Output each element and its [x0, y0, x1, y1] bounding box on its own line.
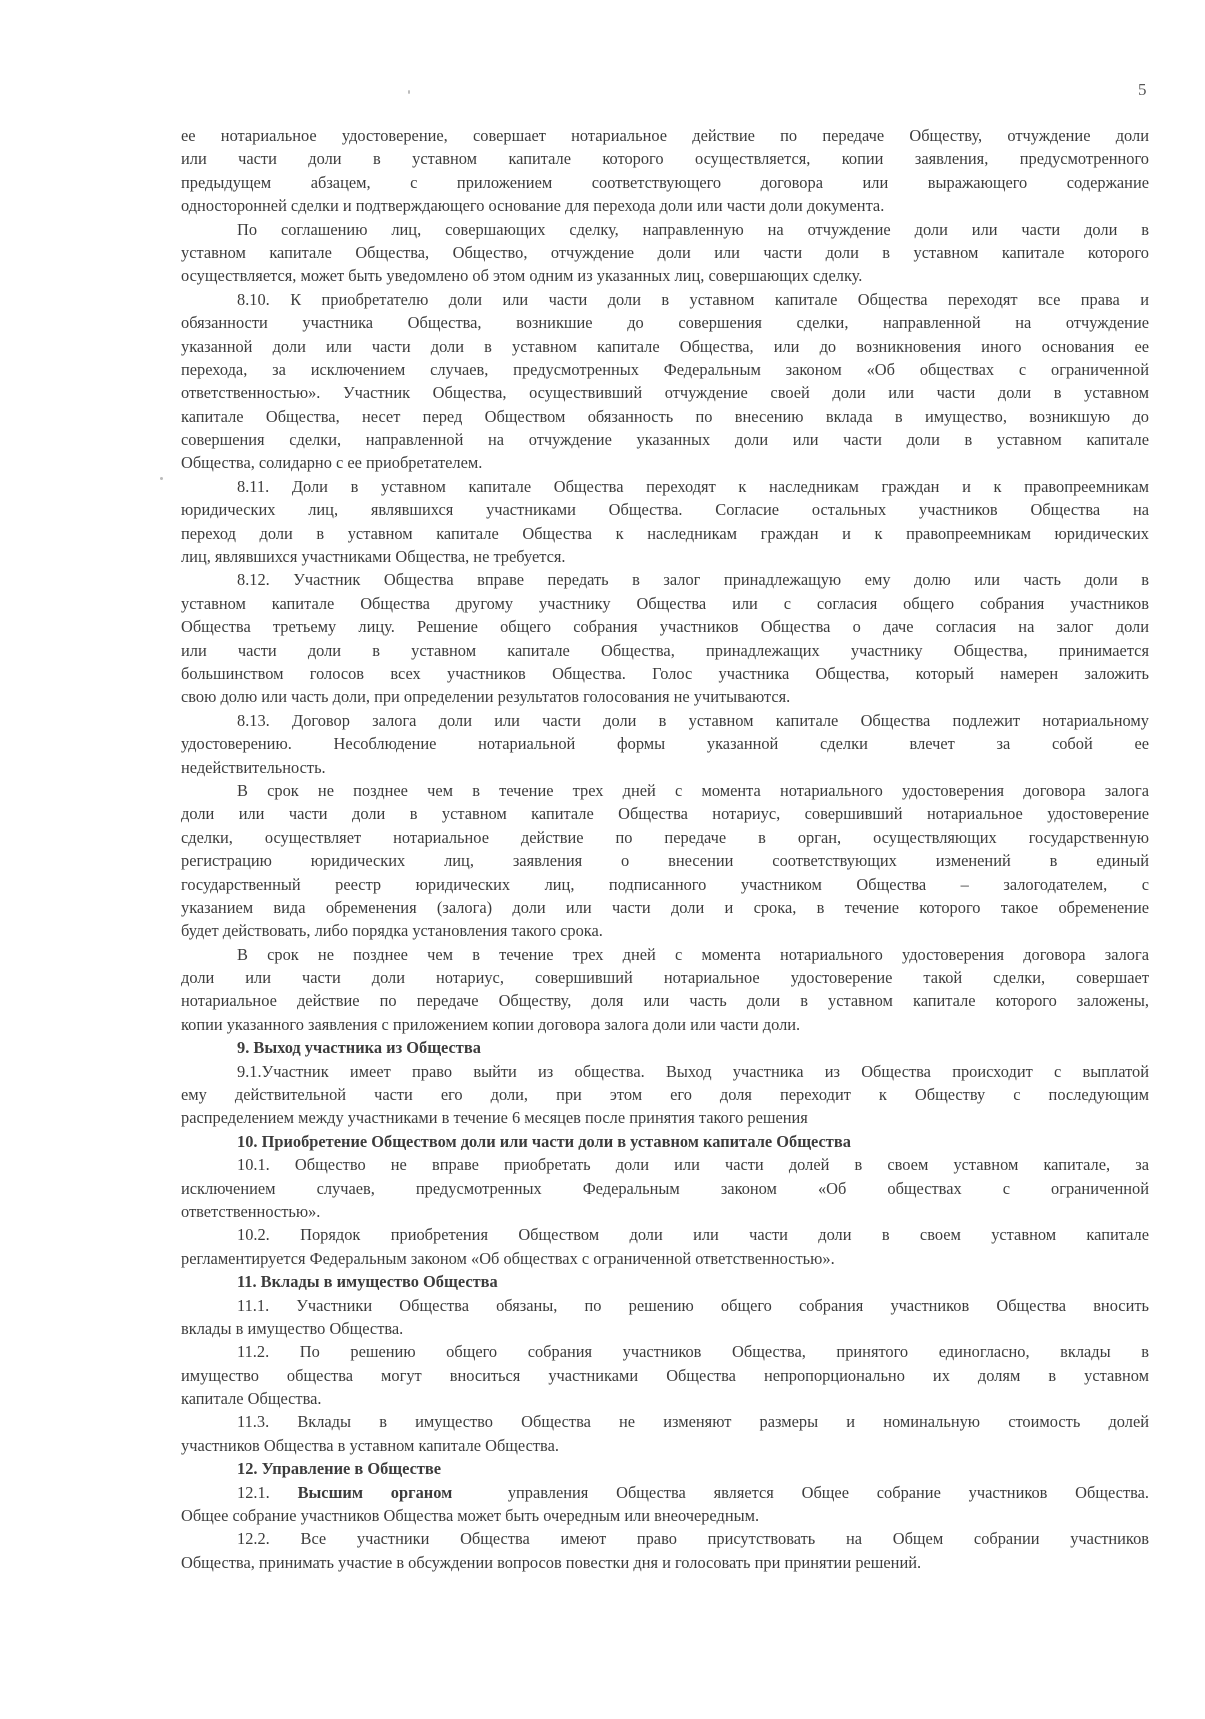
paragraph-line: совершения сделки, направленной на отчуж… [181, 428, 1149, 451]
paragraph-line: имущество общества могут вноситься участ… [181, 1364, 1149, 1387]
paragraph-line: удостоверению. Несоблюдение нотариальной… [181, 732, 1149, 755]
paragraph-line: государственный реестр юридических лиц, … [181, 873, 1149, 896]
paragraph-line: будет действовать, либо порядка установл… [181, 919, 1149, 942]
paragraph-line: большинством голосов всех участников Общ… [181, 662, 1149, 685]
paragraph-line: регламентируется Федеральным законом «Об… [181, 1247, 1149, 1270]
clause-number: 12.1. [237, 1483, 298, 1502]
paragraph-line: юридических лиц, являвшихся участниками … [181, 498, 1149, 521]
bold-term: Высшим органом [298, 1483, 453, 1502]
paragraph-line: Общее собрание участников Общества может… [181, 1504, 1149, 1527]
paragraph-line: регистрацию юридических лиц, заявления о… [181, 849, 1149, 872]
document-body: ее нотариальное удостоверение, совершает… [181, 124, 1149, 1574]
paragraph: 9.1.Участник имеет право выйти из общест… [181, 1060, 1149, 1130]
paragraph: По соглашению лиц, совершающих сделку, н… [181, 218, 1149, 288]
paragraph-line: доли или части доли нотариус, совершивши… [181, 966, 1149, 989]
paragraph: 11.3. Вклады в имущество Общества не изм… [181, 1410, 1149, 1457]
paragraph: 11.1. Участники Общества обязаны, по реш… [181, 1294, 1149, 1341]
paragraph: В срок не позднее чем в течение трех дне… [181, 943, 1149, 1037]
paragraph-line: перехода, за исключением случаев, предус… [181, 358, 1149, 381]
paragraph-line: ответственностью». [181, 1200, 1149, 1223]
paragraph-line: 12.2. Все участники Общества имеют право… [181, 1527, 1149, 1550]
paragraph-line: недействительность. [181, 756, 1149, 779]
paragraph-line: переход доли в уставном капитале Обществ… [181, 522, 1149, 545]
paragraph-line: Общества третьему лицу. Решение общего с… [181, 615, 1149, 638]
paragraph: 12.2. Все участники Общества имеют право… [181, 1527, 1149, 1574]
paragraph: 10.1. Общество не вправе приобретать дол… [181, 1153, 1149, 1223]
paragraph-line: вклады в имущество Общества. [181, 1317, 1149, 1340]
paragraph-line: 8.12. Участник Общества вправе передать … [181, 568, 1149, 591]
paragraph-line: капитале Общества. [181, 1387, 1149, 1410]
paragraph-line: обязанности участника Общества, возникши… [181, 311, 1149, 334]
paragraph-line: Общества, принимать участие в обсуждении… [181, 1551, 1149, 1574]
paragraph-line: 11.1. Участники Общества обязаны, по реш… [181, 1294, 1149, 1317]
paragraph-line: 9.1.Участник имеет право выйти из общест… [181, 1060, 1149, 1083]
paragraph-line: 8.11. Доли в уставном капитале Общества … [181, 475, 1149, 498]
section-heading: 9. Выход участника из Общества [181, 1036, 1149, 1059]
paragraph: 8.13. Договор залога доли или части доли… [181, 709, 1149, 779]
paragraph-line: Общества, солидарно с ее приобретателем. [181, 451, 1149, 474]
paragraph-line: копии указанного заявления с приложением… [181, 1013, 1149, 1036]
paragraph-line: исключением случаев, предусмотренных Фед… [181, 1177, 1149, 1200]
section-heading: 11. Вклады в имущество Общества [181, 1270, 1149, 1293]
paragraph-line: 10.1. Общество не вправе приобретать дол… [181, 1153, 1149, 1176]
paragraph-line: нотариальное действие по передаче Общест… [181, 989, 1149, 1012]
paragraph: ее нотариальное удостоверение, совершает… [181, 124, 1149, 218]
page-number: 5 [1138, 80, 1147, 100]
paragraph-line: 8.13. Договор залога доли или части доли… [181, 709, 1149, 732]
paragraph: 12.1. Высшим органом управления Общества… [181, 1481, 1149, 1528]
section-heading: 10. Приобретение Обществом доли или част… [181, 1130, 1149, 1153]
paragraph: 8.10. К приобретателю доли или части дол… [181, 288, 1149, 475]
paragraph-line: указанной доли или части доли в уставном… [181, 335, 1149, 358]
paragraph: 11.2. По решению общего собрания участни… [181, 1340, 1149, 1410]
paragraph-line: сделки, осуществляет нотариальное действ… [181, 826, 1149, 849]
paragraph-line: капитале Общества, несет перед Обществом… [181, 405, 1149, 428]
section-heading: 12. Управление в Обществе [181, 1457, 1149, 1480]
paragraph-line: 8.10. К приобретателю доли или части дол… [181, 288, 1149, 311]
paragraph-line: или части доли в уставном капитале котор… [181, 147, 1149, 170]
paragraph: 8.12. Участник Общества вправе передать … [181, 568, 1149, 708]
paragraph-line: ответственностью». Участник Общества, ос… [181, 381, 1149, 404]
clause-text: управления Общества является Общее собра… [452, 1483, 1149, 1502]
paragraph-line: предыдущем абзацем, с приложением соотве… [181, 171, 1149, 194]
paragraph-line: В срок не позднее чем в течение трех дне… [181, 779, 1149, 802]
paragraph-line: осуществляется, может быть уведомлено об… [181, 264, 1149, 287]
paragraph-line: 12.1. Высшим органом управления Общества… [181, 1481, 1149, 1504]
scan-artifact [408, 90, 410, 94]
paragraph-line: уставном капитале Общества, Общество, от… [181, 241, 1149, 264]
paragraph-line: 11.3. Вклады в имущество Общества не изм… [181, 1410, 1149, 1433]
paragraph-line: лиц, являвшихся участниками Общества, не… [181, 545, 1149, 568]
paragraph-line: По соглашению лиц, совершающих сделку, н… [181, 218, 1149, 241]
paragraph-line: указанием вида обременения (залога) доли… [181, 896, 1149, 919]
paragraph-line: уставном капитале Общества другому участ… [181, 592, 1149, 615]
paragraph: 10.2. Порядок приобретения Обществом дол… [181, 1223, 1149, 1270]
paragraph-line: 11.2. По решению общего собрания участни… [181, 1340, 1149, 1363]
paragraph: 8.11. Доли в уставном капитале Общества … [181, 475, 1149, 569]
paragraph-line: односторонней сделки и подтверждающего о… [181, 194, 1149, 217]
paragraph-line: свою долю или часть доли, при определени… [181, 685, 1149, 708]
paragraph-line: распределением между участниками в течен… [181, 1106, 1149, 1129]
scan-artifact [160, 477, 163, 480]
paragraph-line: ее нотариальное удостоверение, совершает… [181, 124, 1149, 147]
paragraph: В срок не позднее чем в течение трех дне… [181, 779, 1149, 943]
paragraph-line: ему действительной части его доли, при э… [181, 1083, 1149, 1106]
paragraph-line: участников Общества в уставном капитале … [181, 1434, 1149, 1457]
paragraph-line: доли или части доли в уставном капитале … [181, 802, 1149, 825]
paragraph-line: или части доли в уставном капитале Общес… [181, 639, 1149, 662]
paragraph-line: В срок не позднее чем в течение трех дне… [181, 943, 1149, 966]
paragraph-line: 10.2. Порядок приобретения Обществом дол… [181, 1223, 1149, 1246]
